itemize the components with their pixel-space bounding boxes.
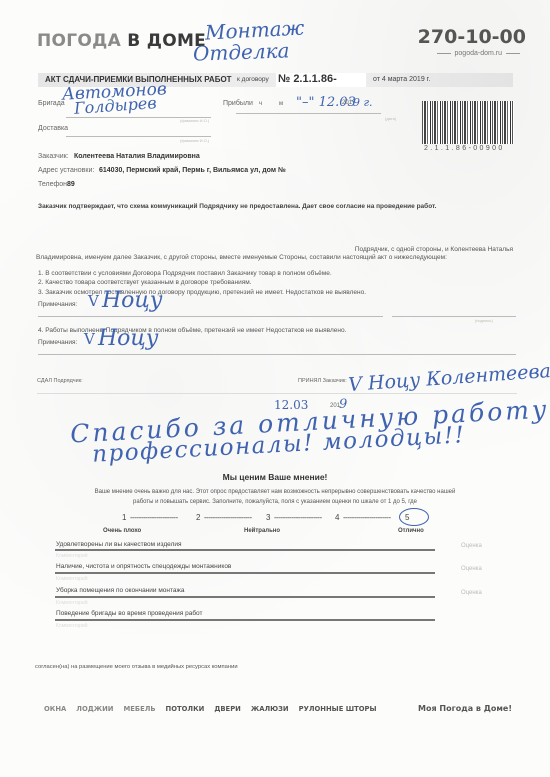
delivery-label: Доставка: [38, 125, 68, 132]
scale-dash-3: ----------------------: [274, 513, 322, 522]
consent-text: согласен(на) на размещение моего отзыва …: [35, 662, 238, 673]
notes-line-1: [38, 316, 383, 317]
handwritten-finishing: Отделка: [193, 38, 290, 65]
question-3-comment[interactable]: Комментарий: [56, 600, 88, 606]
brigade-sublabel: (фамилия И.О.): [180, 118, 209, 123]
notes-label-1: Примечания:: [38, 299, 77, 310]
signature-line-1: [392, 316, 516, 317]
question-4-comment[interactable]: Комментарий: [56, 623, 88, 629]
address-value: 614030, Пермский край, Пермь г, Вильямса…: [99, 167, 286, 174]
scale-label-mid: Нейтрально: [244, 528, 280, 534]
footer-nav-blinds: ЖАЛЮЗИ: [251, 705, 289, 713]
question-3: Уборка помещения по окончании монтажа: [56, 587, 185, 594]
scale-2[interactable]: 2: [196, 513, 200, 522]
phone-value: 89: [67, 181, 75, 188]
question-1-rating[interactable]: Оценка: [461, 543, 482, 549]
signature-1: Ноцу: [102, 288, 163, 313]
question-1-comment[interactable]: Комментарий: [56, 553, 88, 559]
footer-nav-furniture: МЕБЕЛЬ: [123, 705, 155, 713]
logo-part1: ПОГОДА: [37, 31, 121, 51]
arrived-year-prefix: 201: [342, 100, 352, 106]
scale-4[interactable]: 4: [335, 513, 339, 522]
footer-nav-windows: ОКНА: [44, 705, 66, 713]
contract-label: к договору: [237, 76, 269, 83]
customer-signature: V Ноцу Колентеева Н.: [348, 358, 550, 396]
notes-label-2: Примечания:: [38, 337, 77, 348]
scale-1[interactable]: 1: [122, 513, 126, 522]
parties-line2: Владимировна, именуем далее Заказчик, с …: [36, 252, 447, 263]
company-logo: ПОГОДА В ДОМЕ: [37, 31, 206, 51]
customer-label: Заказчик:: [38, 153, 69, 160]
question-2: Наличие, чистота и опрятность спецодежды…: [56, 563, 231, 570]
accepted-by-label: ПРИНЯЛ Заказчик:: [298, 378, 347, 384]
delivery-line: [66, 136, 211, 137]
footer-nav-ceilings: ПОТОЛКИ: [166, 705, 205, 713]
company-phone: 270-10-00: [418, 26, 526, 48]
question-2-line[interactable]: [55, 572, 435, 574]
scale-dash-4: ----------------------: [343, 513, 391, 522]
company-website: pogoda-dom.ru: [433, 50, 524, 57]
question-2-rating[interactable]: Оценка: [461, 566, 482, 572]
handed-by-label: СДАЛ Подрядчик:: [37, 378, 83, 384]
footer-nav-roller-blinds: РУЛОННЫЕ ШТОРЫ: [299, 705, 377, 713]
arrived-sublabel: (дата): [385, 116, 396, 121]
arrived-label: Прибыли: [223, 100, 253, 107]
confirmation-text: Заказчик подтверждает, что схема коммуни…: [38, 201, 436, 212]
signoff-line: [37, 393, 517, 394]
barcode: [422, 101, 514, 144]
scale-label-low: Очень плохо: [103, 528, 141, 534]
scale-label-high: Отлично: [398, 528, 424, 534]
survey-title: Мы ценим Ваше мнение!: [0, 472, 550, 482]
footer-nav-loggias: ЛОДЖИИ: [76, 705, 113, 713]
phone-label: Телефон:: [38, 181, 69, 188]
question-3-line[interactable]: [55, 596, 435, 598]
minutes-label: м: [279, 101, 283, 107]
question-4-line[interactable]: [55, 619, 435, 621]
footer-slogan: Моя Погода в Доме!: [418, 704, 512, 713]
arrived-line: [236, 113, 381, 114]
footer-nav: ОКНА ЛОДЖИИ МЕБЕЛЬ ПОТОЛКИ ДВЕРИ ЖАЛЮЗИ …: [44, 705, 377, 713]
barcode-number: 2.1.1.86-00900: [424, 145, 505, 152]
arrived-year: 9 г.: [353, 96, 373, 109]
hours-label: ч: [259, 101, 262, 107]
check-mark-2: V: [84, 330, 95, 348]
signature-sublabel: (подпись): [475, 318, 493, 323]
notes-line-2: [38, 354, 516, 355]
question-1: Удовлетворены ли вы качеством изделия: [56, 541, 182, 548]
act-date: от 4 марта 2019 г.: [373, 76, 430, 83]
brigade-label: Бригада: [38, 100, 65, 107]
signature-2: Ноцу: [98, 326, 159, 351]
address-label: Адрес установки:: [38, 167, 94, 174]
customer-name: Колентеева Наталия Владимировна: [74, 153, 200, 160]
scanned-document: ПОГОДА В ДОМЕ Монтаж Отделка 270-10-00 p…: [0, 0, 550, 777]
survey-intro-2: работы и повышать сервис. Заполните, пож…: [0, 497, 550, 507]
delivery-sublabel: (фамилия И.О.): [180, 138, 209, 143]
scale-dash-1: ----------------------: [130, 513, 178, 522]
question-1-line[interactable]: [55, 549, 435, 551]
footer-nav-doors: ДВЕРИ: [214, 705, 241, 713]
scale-dash-2: ----------------------: [204, 513, 252, 522]
check-mark-1: V: [88, 292, 99, 310]
contract-number: № 2.1.1.86-: [278, 73, 337, 85]
question-3-rating[interactable]: Оценка: [461, 590, 482, 596]
question-4: Поведение бригады во время проведения ра…: [56, 610, 203, 617]
scale-3[interactable]: 3: [266, 513, 270, 522]
selected-rating-circle: [399, 508, 429, 526]
survey-intro-1: Ваше мнение очень важно для нас. Этот оп…: [0, 487, 550, 497]
question-2-comment[interactable]: Комментарий: [56, 576, 88, 582]
